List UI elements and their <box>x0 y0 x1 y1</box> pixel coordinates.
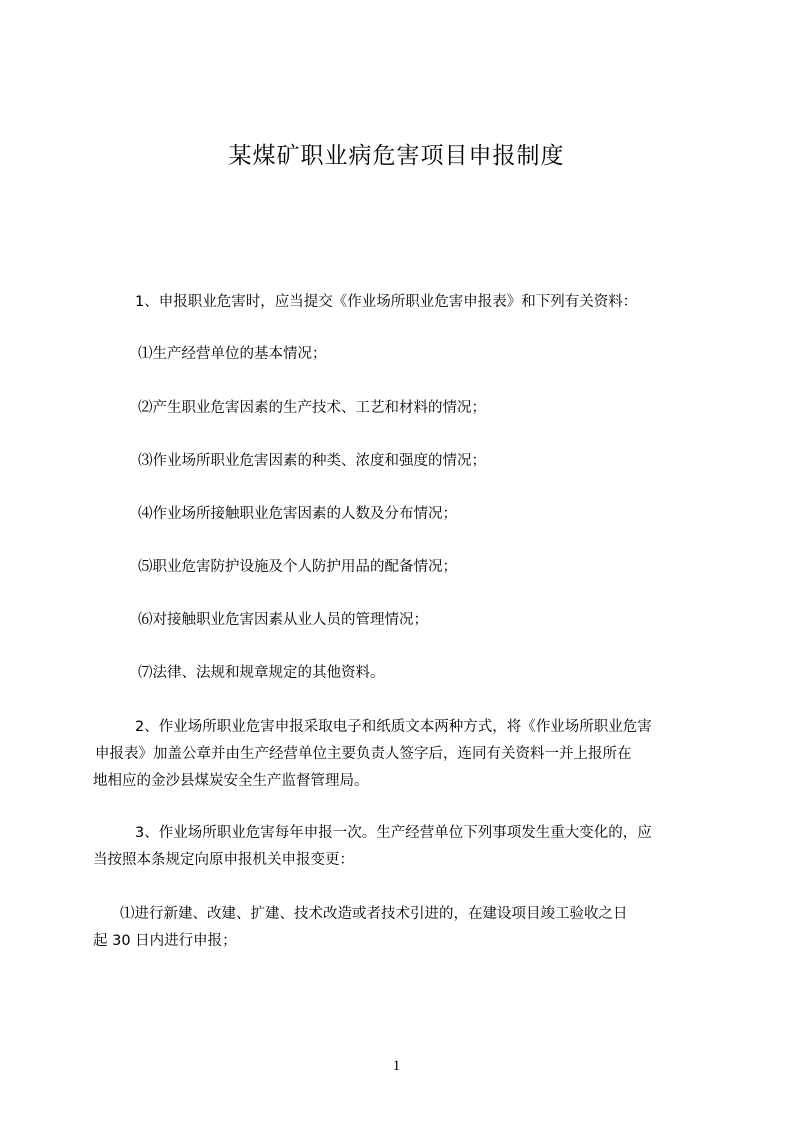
section-2-line: 地相应的金沙县煤炭安全生产监督管理局。 <box>93 771 369 791</box>
list-item: ⑴生产经营单位的基本情况； <box>138 344 327 364</box>
list-item: ⑹对接触职业危害因素从业人员的管理情况； <box>138 610 428 630</box>
section-3-line: 3、作业场所职业危害每年申报一次。生产经营单位下列事项发生重大变化的，应 <box>135 823 652 843</box>
list-item: ⑸职业危害防护设施及个人防护用品的配备情况； <box>138 557 457 577</box>
list-item: ⑺法律、法规和规章规定的其他资料。 <box>138 663 385 683</box>
section-1-intro: 1、申报职业危害时，应当提交《作业场所职业危害申报表》和下列有关资料： <box>135 292 637 312</box>
document-title: 某煤矿职业病危害项目申报制度 <box>0 140 793 172</box>
section-2-line: 申报表》加盖公章并由生产经营单位主要负责人签字后，连同有关资料一并上报所在 <box>95 744 632 764</box>
list-item: ⑷作业场所接触职业危害因素的人数及分布情况； <box>138 504 457 524</box>
section-2-line: 2、作业场所职业危害申报采取电子和纸质文本两种方式，将《作业场所职业危害 <box>135 717 652 737</box>
section-3-item-line: 起 30 日内进行申报； <box>93 931 237 951</box>
section-3-item-line: ⑴进行新建、改建、扩建、技术改造或者技术引进的，在建设项目竣工验收之日 <box>120 904 628 924</box>
document-page: 某煤矿职业病危害项目申报制度 1、申报职业危害时，应当提交《作业场所职业危害申报… <box>0 0 793 1122</box>
section-3-line: 当按照本条规定向原申报机关申报变更： <box>93 850 354 870</box>
list-item: ⑶作业场所职业危害因素的种类、浓度和强度的情况； <box>138 451 486 471</box>
list-item: ⑵产生职业危害因素的生产技术、工艺和材料的情况； <box>138 398 486 418</box>
page-number: 1 <box>0 1056 793 1076</box>
